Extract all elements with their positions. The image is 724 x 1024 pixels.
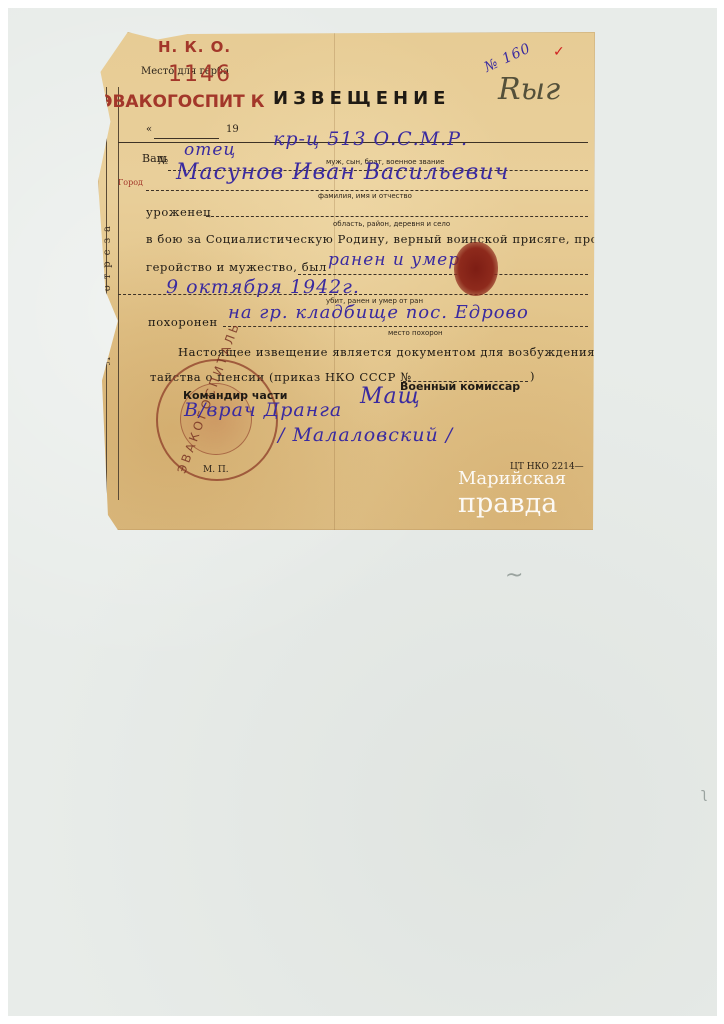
stamp-hospital-number: 1146 (168, 62, 232, 87)
rank-handwritten: кр-ц 513 О.С.М.Р. (273, 128, 468, 150)
signature-right: Мащ (360, 384, 421, 409)
date-open-quote: « (146, 124, 152, 135)
native-line (206, 216, 588, 217)
seal-label: М. П. (203, 465, 229, 475)
notice-line-1: Настоящее извещение является документом … (178, 345, 618, 359)
check-mark: ✓ (553, 44, 565, 60)
relation-handwritten: отец (184, 140, 236, 160)
heroism-line: геройство и мужество, был (146, 260, 327, 274)
fate-line (298, 274, 588, 275)
blood-stain (454, 242, 498, 296)
watermark-line-2: правда (458, 490, 566, 517)
date-line (154, 138, 219, 139)
native-caption: область, район, деревня и село (333, 220, 450, 228)
name-handwritten: Масунов Иван Васильевич (176, 160, 509, 185)
date-handwritten-line (118, 294, 588, 295)
city-label: Город (118, 178, 143, 187)
battle-line: в бою за Социалистическую Родину, верный… (146, 232, 628, 246)
burial-caption: место похорон (388, 329, 443, 337)
registration-number: № 160 (482, 40, 534, 75)
buried-label: похоронен (148, 315, 218, 329)
name-line (146, 190, 588, 191)
document-title: ИЗВЕЩЕНИЕ (273, 88, 450, 109)
name-caption: фамилия, имя и отчество (318, 192, 412, 200)
fate-handwritten: ранен и умер (328, 250, 460, 270)
notice-line-2-end: ) (530, 369, 535, 383)
watermark-line-1: Марийская (458, 470, 566, 488)
stamp-nko: Н. К. О. (158, 38, 231, 56)
burial-place-handwritten: на гр. кладбище пос. Едрово (228, 302, 529, 323)
signature-bottom: / Малаловский / (278, 424, 453, 446)
hair-speck: ~ (505, 563, 523, 588)
notice-document: Линия отреза Н. К. О. Место для герба 11… (98, 32, 595, 530)
publisher-watermark: Марийская правда (458, 470, 566, 517)
number-sign: № (158, 154, 168, 167)
stamp-hospital-name: ЭВАКОГОСПИТ К (100, 92, 265, 112)
burial-line (223, 326, 588, 327)
date-year: 19 (226, 124, 239, 135)
pencil-resolution: Rыг (498, 72, 560, 107)
native-label: уроженец (146, 205, 211, 219)
signature-left: В/врач Дранга (184, 399, 342, 421)
hair-speck: ʅ (701, 786, 707, 802)
